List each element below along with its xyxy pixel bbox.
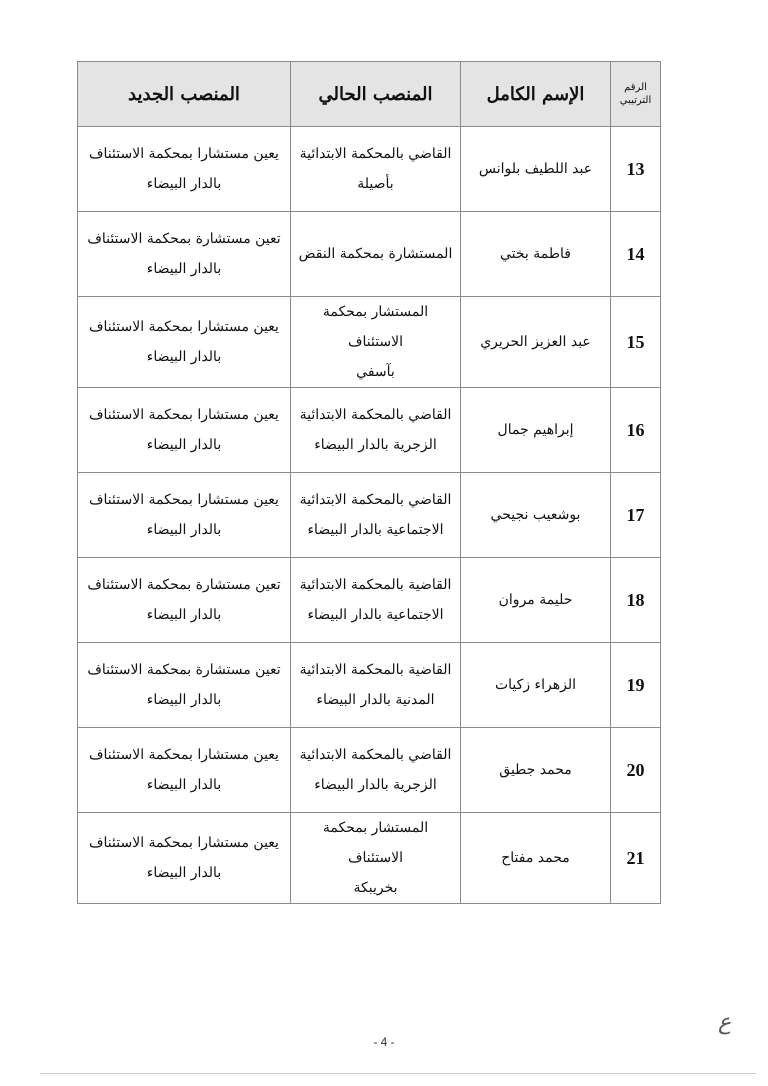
new-position-line: بالدار البيضاء — [84, 685, 284, 715]
row-new-position: يعين مستشارا بمحكمة الاستئنافبالدار البي… — [78, 297, 291, 388]
appointments-table: الرقم الترتيبي الإسم الكامل المنصب الحال… — [77, 61, 661, 904]
header-full-name: الإسم الكامل — [461, 62, 611, 127]
table-row: 14فاطمة بختيالمستشارة بمحكمة النقضتعين م… — [78, 212, 661, 297]
row-new-position: يعين مستشارا بمحكمة الاستئنافبالدار البي… — [78, 388, 291, 473]
header-new-position: المنصب الجديد — [78, 62, 291, 127]
header-current-position: المنصب الحالي — [291, 62, 461, 127]
current-position-line: الاجتماعية بالدار البيضاء — [297, 515, 454, 545]
row-current-position: المستشار بمحكمة الاستئنافبخريبكة — [291, 813, 461, 904]
new-position-line: بالدار البيضاء — [84, 770, 284, 800]
row-full-name: فاطمة بختي — [461, 212, 611, 297]
table-body: 13عبد اللطيف بلوانسالقاضي بالمحكمة الابت… — [78, 127, 661, 904]
handwritten-initial: ع — [718, 1010, 731, 1035]
new-position-line: يعين مستشارا بمحكمة الاستئناف — [84, 828, 284, 858]
current-position-line: المستشار بمحكمة الاستئناف — [297, 297, 454, 357]
row-number: 16 — [611, 388, 661, 473]
row-new-position: تعين مستشارة بمحكمة الاستئنافبالدار البي… — [78, 212, 291, 297]
row-number: 18 — [611, 558, 661, 643]
row-full-name: محمد جطيق — [461, 728, 611, 813]
current-position-line: المدنية بالدار البيضاء — [297, 685, 454, 715]
row-new-position: يعين مستشارا بمحكمة الاستئنافبالدار البي… — [78, 473, 291, 558]
current-position-line: بخريبكة — [297, 873, 454, 903]
new-position-line: يعين مستشارا بمحكمة الاستئناف — [84, 485, 284, 515]
new-position-line: بالدار البيضاء — [84, 515, 284, 545]
table-row: 17بوشعيب نجيحيالقاضي بالمحكمة الابتدائية… — [78, 473, 661, 558]
row-current-position: القاضي بالمحكمة الابتدائيةالاجتماعية بال… — [291, 473, 461, 558]
row-current-position: القاضية بالمحكمة الابتدائيةالاجتماعية با… — [291, 558, 461, 643]
new-position-line: بالدار البيضاء — [84, 430, 284, 460]
table-header-row: الرقم الترتيبي الإسم الكامل المنصب الحال… — [78, 62, 661, 127]
new-position-line: بالدار البيضاء — [84, 342, 284, 372]
table-row: 13عبد اللطيف بلوانسالقاضي بالمحكمة الابت… — [78, 127, 661, 212]
table-row: 19الزهراء زكياتالقاضية بالمحكمة الابتدائ… — [78, 643, 661, 728]
header-number-line1: الرقم — [617, 81, 654, 94]
row-number: 17 — [611, 473, 661, 558]
row-current-position: القاضي بالمحكمة الابتدائيةالزجرية بالدار… — [291, 728, 461, 813]
current-position-line: المستشارة بمحكمة النقض — [297, 239, 454, 269]
row-full-name: حليمة مروان — [461, 558, 611, 643]
new-position-line: تعين مستشارة بمحكمة الاستئناف — [84, 224, 284, 254]
new-position-line: بالدار البيضاء — [84, 169, 284, 199]
row-full-name: عبد اللطيف بلوانس — [461, 127, 611, 212]
row-new-position: يعين مستشارا بمحكمة الاستئنافبالدار البي… — [78, 728, 291, 813]
row-new-position: تعين مستشارة بمحكمة الاستئنافبالدار البي… — [78, 643, 291, 728]
current-position-line: القاضي بالمحكمة الابتدائية — [297, 740, 454, 770]
row-current-position: القاضي بالمحكمة الابتدائيةالزجرية بالدار… — [291, 388, 461, 473]
row-current-position: القاضية بالمحكمة الابتدائيةالمدنية بالدا… — [291, 643, 461, 728]
current-position-line: القاضي بالمحكمة الابتدائية — [297, 400, 454, 430]
footer-divider — [40, 1073, 756, 1074]
row-current-position: المستشار بمحكمة الاستئنافبآسفي — [291, 297, 461, 388]
row-number: 15 — [611, 297, 661, 388]
table-row: 16إبراهيم جمالالقاضي بالمحكمة الابتدائية… — [78, 388, 661, 473]
row-full-name: الزهراء زكيات — [461, 643, 611, 728]
row-number: 21 — [611, 813, 661, 904]
header-number: الرقم الترتيبي — [611, 62, 661, 127]
current-position-line: القاضية بالمحكمة الابتدائية — [297, 655, 454, 685]
current-position-line: القاضي بالمحكمة الابتدائية — [297, 485, 454, 515]
row-number: 14 — [611, 212, 661, 297]
new-position-line: يعين مستشارا بمحكمة الاستئناف — [84, 740, 284, 770]
row-number: 13 — [611, 127, 661, 212]
current-position-line: القاضي بالمحكمة الابتدائية — [297, 139, 454, 169]
row-current-position: المستشارة بمحكمة النقض — [291, 212, 461, 297]
new-position-line: بالدار البيضاء — [84, 254, 284, 284]
row-new-position: يعين مستشارا بمحكمة الاستئنافبالدار البي… — [78, 127, 291, 212]
new-position-line: يعين مستشارا بمحكمة الاستئناف — [84, 139, 284, 169]
page-number: - 4 - — [0, 1035, 768, 1049]
current-position-line: الزجرية بالدار البيضاء — [297, 430, 454, 460]
table-row: 15عبد العزيز الحريريالمستشار بمحكمة الاس… — [78, 297, 661, 388]
table-row: 18حليمة مروانالقاضية بالمحكمة الابتدائية… — [78, 558, 661, 643]
new-position-line: يعين مستشارا بمحكمة الاستئناف — [84, 312, 284, 342]
table-row: 20محمد جطيقالقاضي بالمحكمة الابتدائيةالز… — [78, 728, 661, 813]
row-number: 19 — [611, 643, 661, 728]
current-position-line: المستشار بمحكمة الاستئناف — [297, 813, 454, 873]
new-position-line: تعين مستشارة بمحكمة الاستئناف — [84, 570, 284, 600]
current-position-line: القاضية بالمحكمة الابتدائية — [297, 570, 454, 600]
row-full-name: محمد مفتاح — [461, 813, 611, 904]
row-full-name: عبد العزيز الحريري — [461, 297, 611, 388]
new-position-line: بالدار البيضاء — [84, 600, 284, 630]
row-new-position: يعين مستشارا بمحكمة الاستئنافبالدار البي… — [78, 813, 291, 904]
header-number-line2: الترتيبي — [617, 94, 654, 107]
current-position-line: بآسفي — [297, 357, 454, 387]
row-current-position: القاضي بالمحكمة الابتدائيةبأصيلة — [291, 127, 461, 212]
row-full-name: إبراهيم جمال — [461, 388, 611, 473]
current-position-line: بأصيلة — [297, 169, 454, 199]
row-number: 20 — [611, 728, 661, 813]
row-full-name: بوشعيب نجيحي — [461, 473, 611, 558]
row-new-position: تعين مستشارة بمحكمة الاستئنافبالدار البي… — [78, 558, 291, 643]
new-position-line: يعين مستشارا بمحكمة الاستئناف — [84, 400, 284, 430]
current-position-line: الاجتماعية بالدار البيضاء — [297, 600, 454, 630]
new-position-line: تعين مستشارة بمحكمة الاستئناف — [84, 655, 284, 685]
current-position-line: الزجرية بالدار البيضاء — [297, 770, 454, 800]
table-row: 21محمد مفتاحالمستشار بمحكمة الاستئنافبخر… — [78, 813, 661, 904]
new-position-line: بالدار البيضاء — [84, 858, 284, 888]
